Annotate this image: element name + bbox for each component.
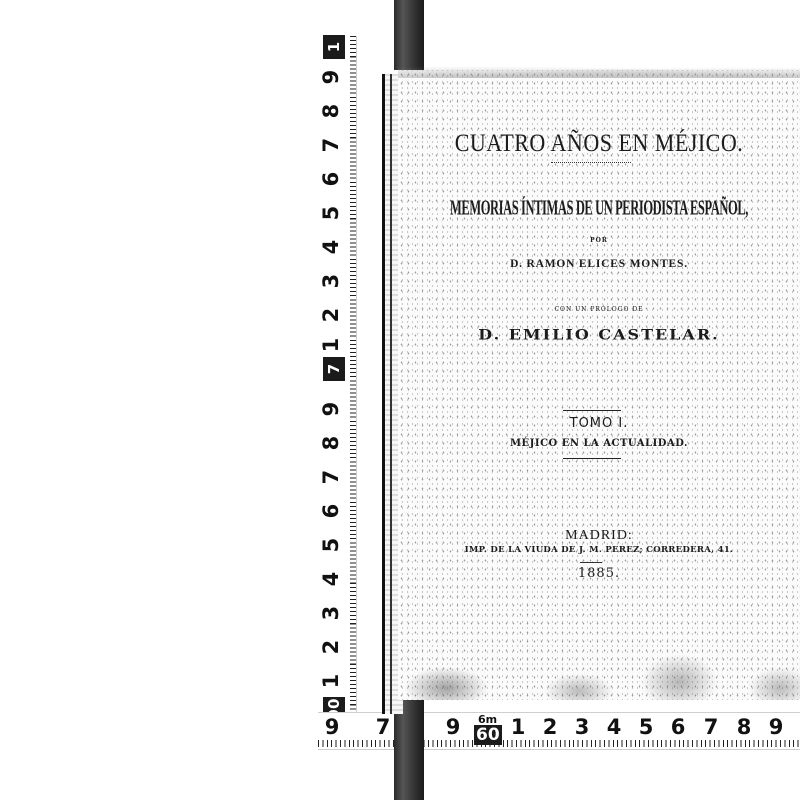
vruler-label: 6 [320, 166, 342, 192]
binding-strap-bottom [394, 700, 424, 800]
vruler-label: 2 [320, 302, 342, 328]
volume-title: MÉJICO EN LA ACTUALIDAD. [398, 438, 800, 449]
title-page: CUATRO AÑOS EN MÉJICO. MEMORIAS ÍNTIMAS … [398, 70, 800, 700]
hruler-label: 8 [734, 715, 754, 739]
vruler-label: 2 [320, 634, 342, 660]
hruler-label: 9 [766, 715, 786, 739]
publication-city: MADRID: [398, 528, 800, 544]
hruler-label: 9 [443, 715, 463, 739]
by-label: POR [398, 237, 800, 244]
horizontal-ruler: 9 7 8 9 6m 60 1 2 3 4 5 6 7 8 9 [318, 712, 800, 750]
hruler-label: 3 [572, 715, 592, 739]
prologue-label: CON UN PRÓLOGO DE [398, 306, 800, 313]
vruler-label: 3 [320, 600, 342, 626]
vruler-label: 4 [320, 566, 342, 592]
prologue-author: D. EMILIO CASTELAR. [398, 326, 800, 343]
vruler-label: 7 [320, 132, 342, 158]
vertical-ruler-ticks [344, 36, 356, 746]
hruler-label: 9 [322, 715, 342, 739]
hruler-label: 4 [604, 715, 624, 739]
vruler-label: 5 [320, 532, 342, 558]
vruler-label: 1 [320, 332, 342, 358]
horizontal-ruler-block: 60 [474, 725, 502, 745]
hruler-label: 5 [636, 715, 656, 739]
publication-year: 1885. [398, 566, 800, 581]
vruler-label: 8 [320, 98, 342, 124]
vertical-ruler: 1 9 8 7 6 5 4 3 2 1 7 9 8 7 6 5 4 3 2 1 … [318, 36, 357, 746]
hruler-label: 7 [701, 715, 721, 739]
binding-strap-top [394, 0, 424, 70]
vertical-ruler-top-block: 1 [323, 35, 345, 59]
page-bottom-damage [398, 640, 800, 700]
hruler-label: 2 [540, 715, 560, 739]
volume-number: TOMO I. [398, 416, 800, 431]
vruler-label: 8 [320, 430, 342, 456]
vruler-label: 5 [320, 200, 342, 226]
vruler-label: 7 [320, 464, 342, 490]
book-subtitle: MEMORIAS ÍNTIMAS DE UN PERIODISTA ESPAÑO… [442, 197, 756, 221]
vruler-label: 1 [320, 668, 342, 694]
book-title: CUATRO AÑOS EN MÉJICO. [398, 128, 800, 158]
vertical-ruler-middle-block: 7 [323, 357, 345, 381]
horizontal-ruler-ticks [318, 740, 800, 747]
vruler-label: 9 [320, 64, 342, 90]
hruler-label: 1 [508, 715, 528, 739]
hruler-label: 6 [668, 715, 688, 739]
title-divider [551, 162, 631, 163]
vruler-label: 9 [320, 396, 342, 422]
printer-imprint: IMP. DE LA VIUDA DE J. M. PEREZ; CORREDE… [398, 545, 800, 555]
imprint-divider [580, 562, 602, 563]
volume-divider-top [563, 410, 621, 411]
vruler-label: 4 [320, 234, 342, 260]
vruler-label: 3 [320, 268, 342, 294]
volume-divider-bottom [563, 458, 621, 459]
author-name: D. RAMON ELICES MONTES. [398, 258, 800, 270]
hruler-label: 7 [373, 715, 393, 739]
page-top-edge [398, 64, 800, 78]
vruler-label: 6 [320, 498, 342, 524]
